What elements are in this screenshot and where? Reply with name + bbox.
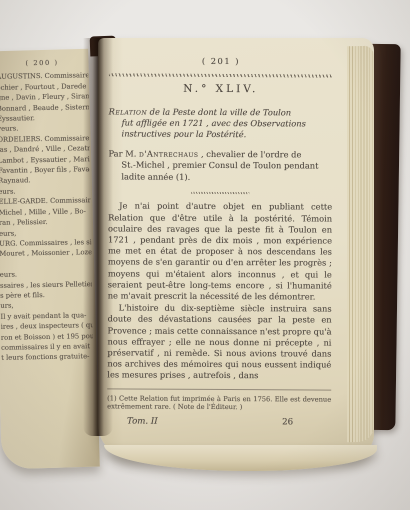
footnote: (1) Cette Relation fut imprimée à Paris …: [107, 394, 331, 412]
article-byline-line: St.-Michel , premier Consul de Toulon pe…: [108, 160, 332, 172]
right-page-number: ( 201 ): [109, 55, 333, 67]
left-page-line: Mouret , Moissonier , Loze ,: [0, 247, 91, 259]
ornament-rule: [109, 74, 333, 78]
gutter-shadow: [83, 38, 113, 436]
signature-mark: 26: [282, 418, 293, 429]
fore-edge-pages: [347, 46, 374, 442]
article-byline: Par M. d'Antrechaus , chevalier de l'ord…: [108, 149, 332, 184]
ornament-squiggle: [191, 192, 249, 195]
section-heading: N.° XLIV.: [109, 84, 333, 96]
right-page-text: ( 201 ) N.° XLIV. Relation de la Peste d…: [107, 55, 333, 429]
left-page-line: t leurs fonctions gratuite-: [1, 352, 93, 364]
left-page-line: ssaires , les sieurs Pelletier ,: [0, 279, 92, 291]
article-byline-line: ladite année (1).: [108, 171, 332, 183]
body-paragraph-1: Je n'ai point d'autre objet en publiant …: [108, 201, 333, 303]
volume-label: Tom. II: [127, 417, 158, 428]
left-page-number: ( 200 ): [0, 57, 88, 69]
footnote-rule: [107, 388, 331, 390]
body-paragraph-2: L'histoire du dix-septième siècle instru…: [107, 303, 331, 383]
right-page: ( 201 ) N.° XLIV. Relation de la Peste d…: [98, 38, 374, 458]
left-page-line: Bonnard , Beaude , Sistern ,: [0, 102, 89, 114]
article-byline-continuation: St.-Michel , premier Consul de Toulon pe…: [108, 160, 332, 184]
article-title: Relation de la Peste dont la ville de To…: [109, 106, 333, 141]
book-photo: ( 200 ) AUGUSTINS. Commissaires , lesoch…: [0, 0, 410, 510]
page-footer: Tom. II 26: [107, 417, 331, 429]
article-title-line: instructives pour la Postérité.: [109, 128, 333, 140]
article-title-continuation: fut affligée en 1721 , avec des Observat…: [109, 117, 333, 141]
left-page-lines: AUGUSTINS. Commissaires , lesochier , Fo…: [0, 71, 93, 364]
bottom-page-edges: [104, 445, 377, 471]
left-page-text: ( 200 ) AUGUSTINS. Commissaires , lesoch…: [0, 57, 93, 363]
article-title-line: Relation de la Peste dont la ville de To…: [109, 106, 333, 118]
